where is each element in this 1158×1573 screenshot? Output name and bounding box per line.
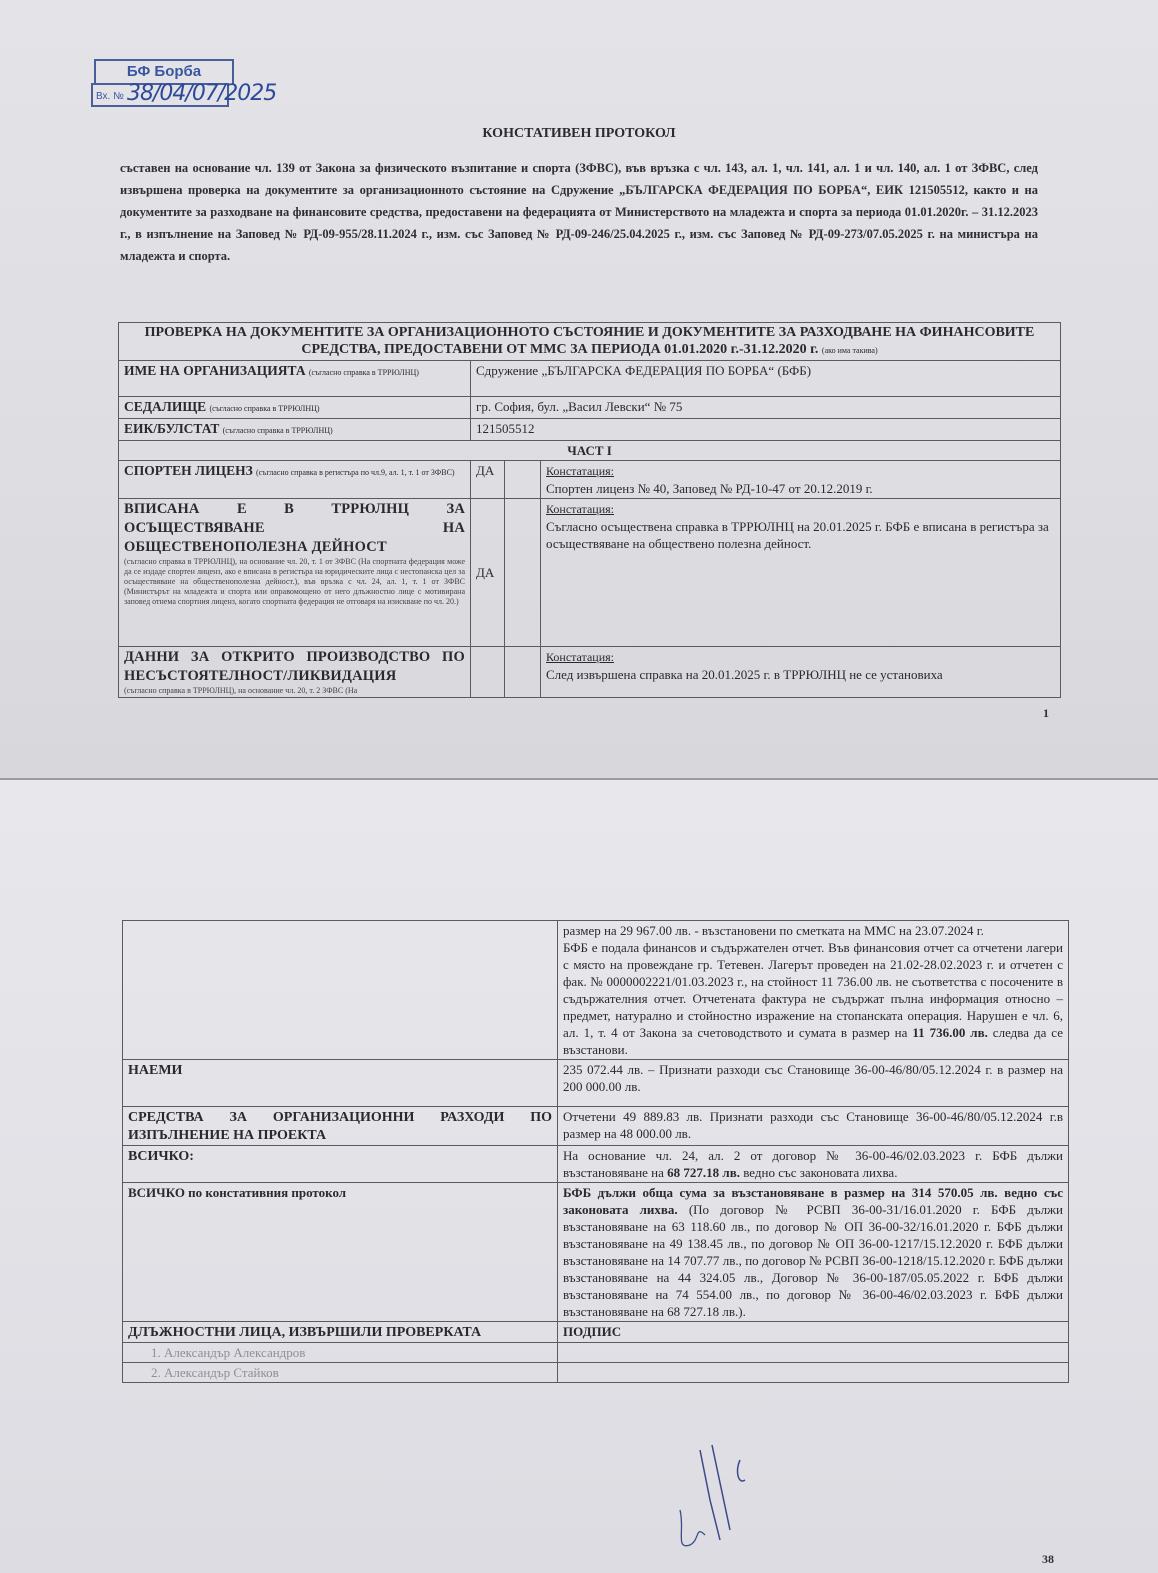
table-row: СРЕДСТВА ЗА ОРГАНИЗАЦИОННИ РАЗХОДИ ПО ИЗ… — [123, 1107, 1069, 1146]
seat-value: гр. София, бул. „Васил Левски“ № 75 — [471, 397, 1061, 419]
table-row: НАЕМИ 235 072.44 лв. – Признати разходи … — [123, 1060, 1069, 1107]
part-label: ЧАСТ I — [119, 441, 1061, 461]
official-row: 1. Александър Александров — [123, 1343, 1069, 1363]
table-row: размер на 29 967.00 лв. - възстановени п… — [123, 921, 1069, 1060]
table-row: ДАННИ ЗА ОТКРИТО ПРОИЗВОДСТВО ПО НЕСЪСТО… — [119, 647, 1061, 698]
page-1: БФ Борба Вх. № 38/04/07/2025 КОНСТАТИВЕН… — [0, 0, 1158, 778]
table-row: ИМЕ НА ОРГАНИЗАЦИЯТА (съгласно справка в… — [119, 361, 1061, 397]
table-row: ДЛЪЖНОСТНИ ЛИЦА, ИЗВЪРШИЛИ ПРОВЕРКАТА ПО… — [123, 1322, 1069, 1343]
table-row: ВПИСАНА Е В ТРРЮЛНЦ ЗА ОСЪЩЕСТВЯВАНЕ НА … — [119, 499, 1061, 647]
financial-check-table: размер на 29 967.00 лв. - възстановени п… — [122, 920, 1069, 1383]
table-header: ПРОВЕРКА НА ДОКУМЕНТИТЕ ЗА ОРГАНИЗАЦИОНН… — [119, 323, 1061, 361]
page-number: 1 — [1043, 706, 1049, 721]
incoming-stamp: БФ Борба Вх. № 38/04/07/2025 — [91, 59, 231, 109]
answer-cell: ДА — [471, 461, 505, 499]
table-row: ВСИЧКО: На основание чл. 24, ал. 2 от до… — [123, 1146, 1069, 1183]
eik-value: 121505512 — [471, 419, 1061, 441]
answer-cell: ДА — [471, 499, 505, 647]
table-row: СЕДАЛИЩЕ (съгласно справка в ТРРЮЛНЦ) гр… — [119, 397, 1061, 419]
organization-check-table: ПРОВЕРКА НА ДОКУМЕНТИТЕ ЗА ОРГАНИЗАЦИОНН… — [118, 322, 1061, 698]
table-row: ЕИК/БУЛСТАТ (съгласно справка в ТРРЮЛНЦ)… — [119, 419, 1061, 441]
stamp-incoming-number: 38/04/07/2025 — [127, 83, 276, 105]
page-number-38: 38 — [1042, 1552, 1054, 1567]
org-name-value: Сдружение „БЪЛГАРСКА ФЕДЕРАЦИЯ ПО БОРБА“… — [471, 361, 1061, 397]
answer-cell — [471, 647, 505, 698]
table-row: ВСИЧКО по констативния протокол БФБ дълж… — [123, 1183, 1069, 1322]
document-intro: съставен на основание чл. 139 от Закона … — [120, 157, 1038, 267]
table-row: СПОРТЕН ЛИЦЕНЗ (съгласно справка в регис… — [119, 461, 1061, 499]
document-title: КОНСТАТИВЕН ПРОТОКОЛ — [0, 126, 1158, 142]
official-row: 2. Александър Стайков — [123, 1363, 1069, 1383]
